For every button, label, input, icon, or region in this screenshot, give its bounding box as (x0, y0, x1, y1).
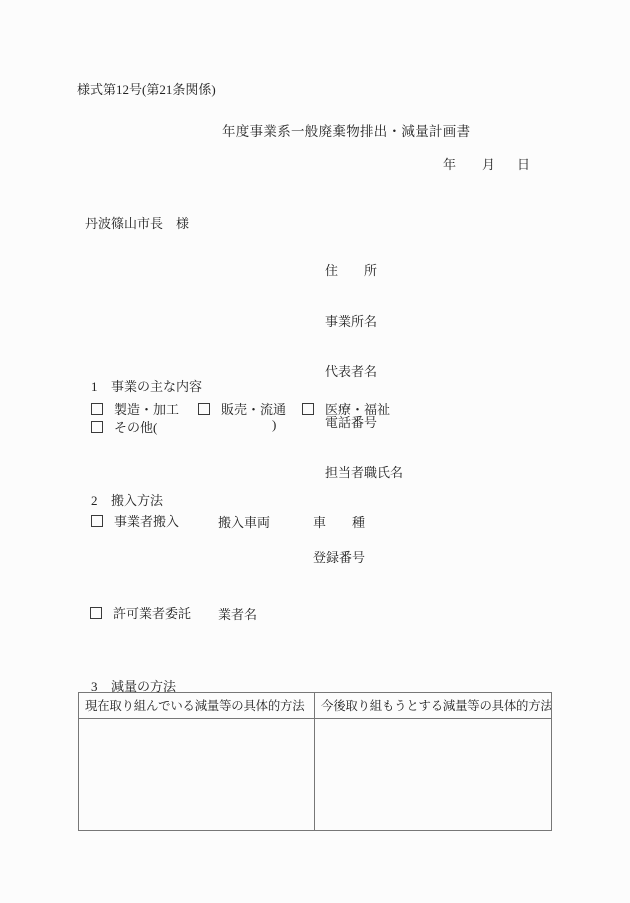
section-2-title: 搬入方法 (111, 493, 163, 508)
section-1-title: 事業の主な内容 (111, 379, 202, 394)
table-header-future: 今後取り組もうとする減量等の具体的方法 (315, 693, 551, 719)
field-address-label: 住 所 (325, 262, 403, 281)
field-representative-label: 代表者名 (325, 363, 403, 382)
option-self-haul-label: 事業者搬入 (114, 511, 179, 530)
checkbox-manufacturing[interactable] (91, 403, 103, 415)
option-self-haul: 事業者搬入 (91, 511, 179, 530)
table-body-row (79, 719, 551, 830)
registration-number-label: 登録番号 (313, 547, 365, 566)
reduction-methods-table: 現在取り組んでいる減量等の具体的方法 今後取り組もうとする減量等の具体的方法 (78, 692, 552, 831)
document-title: 年度事業系一般廃棄物排出・減量計画書 (222, 120, 470, 140)
table-cell-current-methods[interactable] (79, 719, 315, 830)
date-year-label: 年 (443, 154, 456, 173)
option-medical-label: 医療・福祉 (325, 399, 390, 418)
table-cell-future-methods[interactable] (315, 719, 551, 830)
option-other-label: その他( (114, 417, 157, 436)
option-other-close-paren: ) (272, 417, 276, 433)
table-header-current: 現在取り組んでいる減量等の具体的方法 (79, 693, 315, 719)
vehicle-type-label: 車 種 (313, 512, 365, 531)
document-page: 様式第12号(第21条関係) 年度事業系一般廃棄物排出・減量計画書 年 月 日 … (0, 0, 630, 903)
option-medical: 医療・福祉 (302, 399, 390, 418)
checkbox-other[interactable] (91, 421, 103, 433)
field-contact-person-label: 担当者職氏名 (325, 464, 403, 483)
form-number: 様式第12号(第21条関係) (77, 79, 216, 98)
date-day-label: 日 (517, 154, 530, 173)
field-business-name-label: 事業所名 (325, 313, 403, 332)
checkbox-medical[interactable] (302, 403, 314, 415)
option-licensed-contractor-label: 許可業者委託 (113, 603, 191, 622)
option-sales-label: 販売・流通 (221, 399, 286, 418)
option-licensed-contractor: 許可業者委託 (90, 603, 191, 622)
section-2-number: 2 (91, 493, 111, 509)
vehicle-label: 搬入車両 (218, 512, 270, 531)
option-manufacturing: 製造・加工 (91, 399, 179, 418)
addressee: 丹波篠山市長 様 (85, 213, 189, 232)
checkbox-licensed-contractor[interactable] (90, 607, 102, 619)
date-month-label: 月 (482, 154, 495, 173)
option-manufacturing-label: 製造・加工 (114, 399, 179, 418)
table-header-row: 現在取り組んでいる減量等の具体的方法 今後取り組もうとする減量等の具体的方法 (79, 693, 551, 719)
checkbox-self-haul[interactable] (91, 515, 103, 527)
applicant-fields: 住 所 事業所名 代表者名 電話番号 担当者職氏名 (325, 230, 403, 515)
section-1-number: 1 (91, 379, 111, 395)
checkbox-sales[interactable] (198, 403, 210, 415)
option-other: その他( (91, 417, 157, 436)
option-sales: 販売・流通 (198, 399, 286, 418)
contractor-name-label: 業者名 (218, 604, 257, 623)
